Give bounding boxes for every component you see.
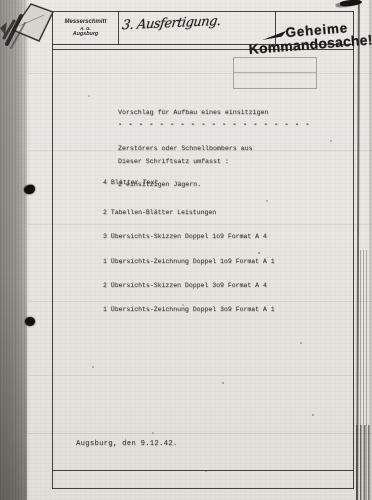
frame-line	[52, 11, 53, 489]
company-name: Messerschmitt	[64, 19, 106, 26]
frame-line	[353, 11, 354, 489]
contents-list: 2 Tabellen-Blätter Leistungen 3 Übersich…	[103, 193, 275, 331]
letterhead-company-box: Messerschmitt A. G. Augsburg	[53, 12, 118, 44]
scan-streak	[28, 433, 372, 434]
ink-dot-punch-mark	[25, 317, 35, 326]
contents-heading: Dieser Schriftsatz umfasst :	[118, 158, 229, 165]
dateline: Augsburg, den 9.12.42.	[76, 440, 178, 448]
company-city: Augsburg	[73, 31, 98, 38]
scanned-document-page: Messerschmitt A. G. Augsburg 3. Ausferti…	[0, 0, 372, 500]
title-line-2: Zerstörers oder Schnellbombers aus	[118, 143, 268, 155]
title-line-1: Vorschlag für Aufbau eines einsitzigen	[118, 107, 268, 119]
contents-summary: 4 Blätter Text	[103, 179, 158, 186]
frame-line	[52, 470, 354, 471]
empty-stamp-box-divider	[234, 72, 316, 73]
contents-item: 3 Übersichts-Skizzen Doppel 1o9 Format A…	[103, 233, 275, 241]
frame-line	[118, 11, 119, 44]
contents-item: 2 Übersichts-Skizzen Doppel 3o9 Format A…	[103, 282, 275, 290]
scan-streak	[28, 73, 372, 74]
frame-line	[52, 488, 354, 489]
contents-item: 1 Übersichts-Zeichnung Doppel 1o9 Format…	[103, 258, 275, 266]
contents-item: 2 Tabellen-Blätter Leistungen	[103, 209, 275, 217]
scan-streak	[28, 375, 372, 376]
title-dashed-underline: - - - - - - - - - - - - - - - - - - -	[118, 121, 310, 129]
contents-item: 1 Übersichts-Zeichnung Doppel 3o9 Format…	[103, 306, 275, 314]
